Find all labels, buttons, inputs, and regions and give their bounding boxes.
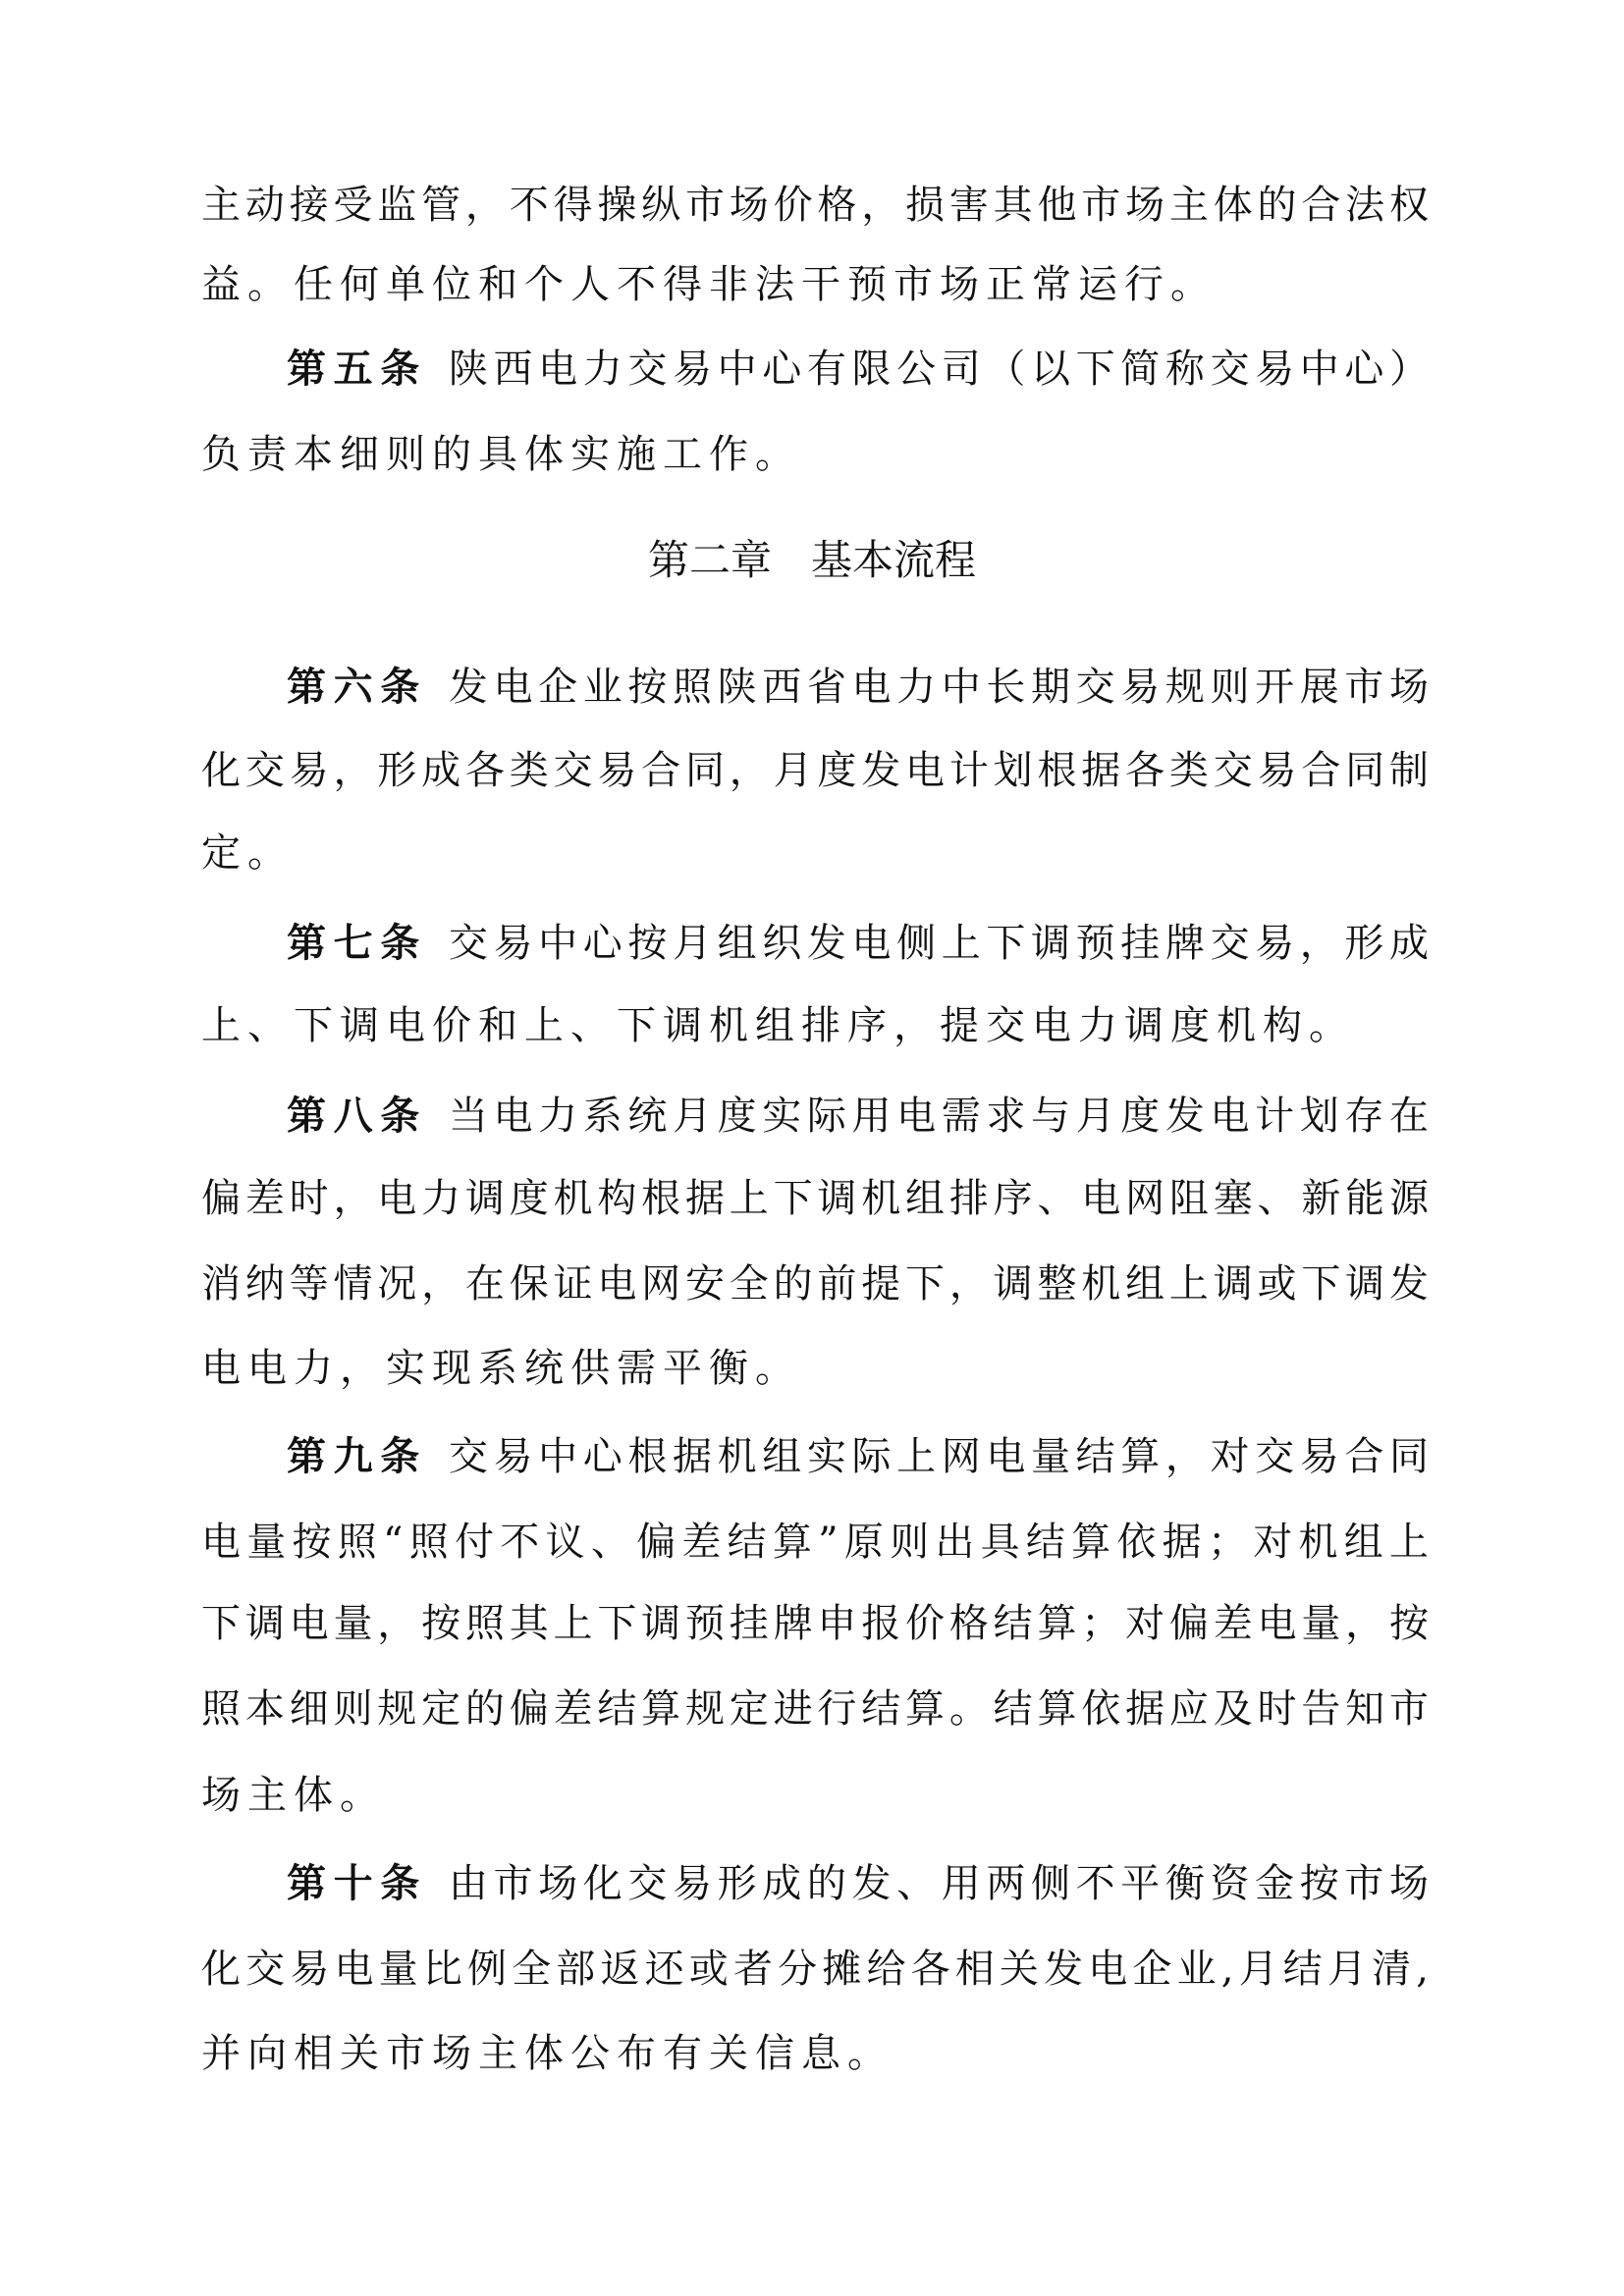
text-line: 电电力，实现系统供需平衡。 bbox=[201, 1341, 1429, 1396]
article-label: 第七条 bbox=[287, 921, 427, 966]
document-page: 主动接受监管，不得操纵市场价格，损害其他市场主体的合法权 益。任何单位和个人不得… bbox=[0, 0, 1624, 2296]
article-6: 第六条发电企业按照陕西省电力中长期交易规则开展市场 bbox=[287, 660, 1429, 715]
article-label: 第九条 bbox=[287, 1434, 427, 1479]
text-line: 上、下调电价和上、下调机组排序，提交电力调度机构。 bbox=[201, 998, 1429, 1053]
chapter-number: 第二章 bbox=[648, 536, 772, 584]
article-label: 第六条 bbox=[287, 665, 427, 710]
article-text: 发电企业按照陕西省电力中长期交易规则开展市场 bbox=[449, 665, 1429, 710]
text-line: 下调电量，按照其上下调预挂牌申报价格结算；对偏差电量，按 bbox=[201, 1596, 1429, 1651]
text-line: 场主体。 bbox=[201, 1768, 1429, 1823]
text-line: 益。任何单位和个人不得非法干预市场正常运行。 bbox=[201, 257, 1429, 312]
text-line: 照本细则规定的偏差结算规定进行结算。结算依据应及时告知市 bbox=[201, 1682, 1429, 1736]
article-5: 第五条陕西电力交易中心有限公司（以下简称交易中心） bbox=[287, 342, 1429, 397]
article-text: 交易中心根据机组实际上网电量结算，对交易合同 bbox=[449, 1434, 1429, 1479]
article-8: 第八条当电力系统月度实际用电需求与月度发电计划存在 bbox=[287, 1089, 1429, 1144]
article-text: 陕西电力交易中心有限公司（以下简称交易中心） bbox=[449, 347, 1429, 392]
text-line: 偏差时，电力调度机构根据上下调机组排序、电网阻塞、新能源 bbox=[201, 1171, 1429, 1226]
chapter-title: 基本流程 bbox=[811, 536, 976, 584]
article-9: 第九条交易中心根据机组实际上网电量结算，对交易合同 bbox=[287, 1429, 1429, 1484]
text-line: 化交易，形成各类交易合同，月度发电计划根据各类交易合同制 bbox=[201, 743, 1429, 798]
text-line: 消纳等情况，在保证电网安全的前提下，调整机组上调或下调发 bbox=[201, 1256, 1429, 1311]
chapter-heading: 第二章基本流程 bbox=[0, 533, 1624, 588]
article-text: 交易中心按月组织发电侧上下调预挂牌交易，形成 bbox=[449, 921, 1429, 966]
article-text: 当电力系统月度实际用电需求与月度发电计划存在 bbox=[449, 1094, 1429, 1139]
text-line: 定。 bbox=[201, 826, 1429, 881]
article-label: 第十条 bbox=[287, 1861, 427, 1906]
article-7: 第七条交易中心按月组织发电侧上下调预挂牌交易，形成 bbox=[287, 916, 1429, 971]
article-10: 第十条由市场化交易形成的发、用两侧不平衡资金按市场 bbox=[287, 1856, 1429, 1911]
article-label: 第五条 bbox=[287, 347, 427, 392]
text-line: 化交易电量比例全部返还或者分摊给各相关发电企业,月结月清, bbox=[201, 1942, 1429, 1997]
text-line: 并向相关市场主体公布有关信息。 bbox=[201, 2026, 1429, 2081]
text-line: 主动接受监管，不得操纵市场价格，损害其他市场主体的合法权 bbox=[201, 178, 1429, 233]
text-line: 负责本细则的具体实施工作。 bbox=[201, 427, 1429, 482]
text-line: 电量按照“照付不议、偏差结算”原则出具结算依据；对机组上 bbox=[201, 1515, 1429, 1570]
article-text: 由市场化交易形成的发、用两侧不平衡资金按市场 bbox=[449, 1861, 1429, 1906]
article-label: 第八条 bbox=[287, 1094, 427, 1139]
